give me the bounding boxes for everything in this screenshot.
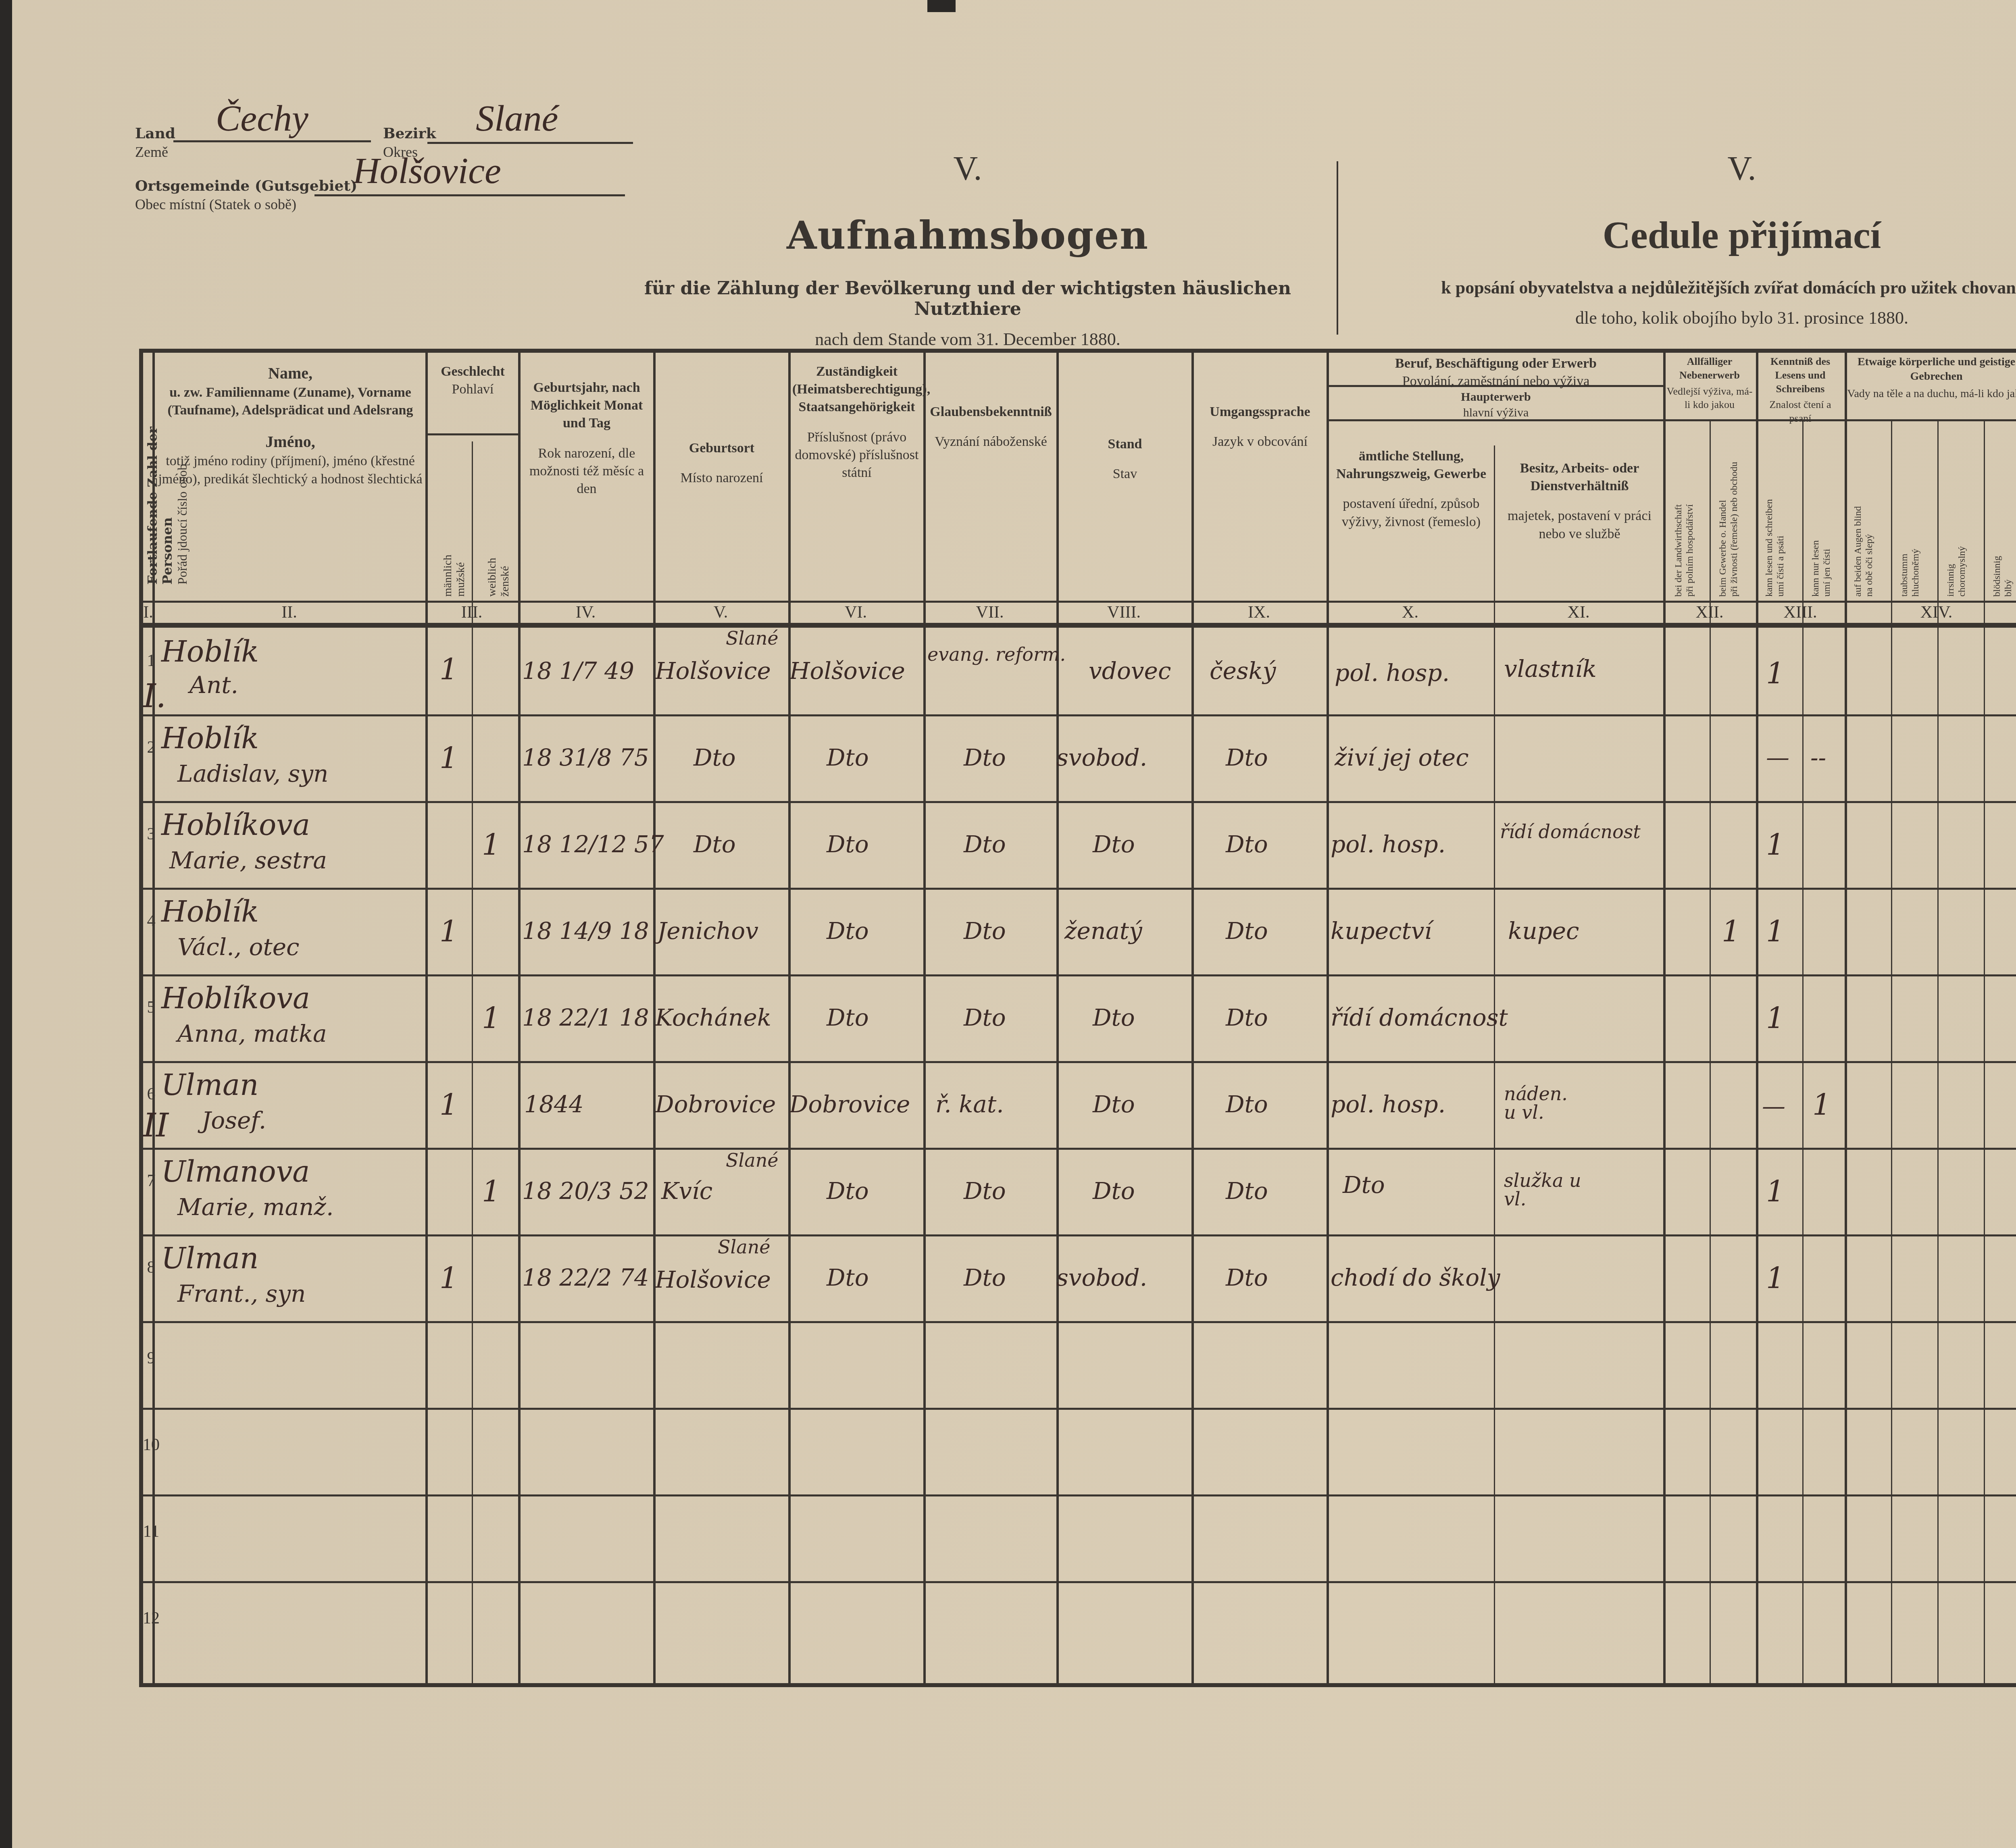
roman-viii: VIII. [1056,603,1191,622]
bezirk-underline [427,142,633,144]
roman-ii: II. [153,603,425,622]
cell-given: Marie, manž. [177,1195,333,1219]
row-divider [139,1408,2016,1410]
cell-male: 1 [439,744,458,773]
title-divider [1337,161,1338,335]
subtitle-de: für die Zählung der Bevölkerung und der … [605,278,1331,319]
cell-birthplace: Holšovice [655,659,771,683]
cell-occupation: Dto [1343,1173,1385,1197]
cell-given: Marie, sestra [169,849,327,872]
cell-read-write: 1 [1766,659,1785,688]
col-iv-header: Geburtsjahr, nach Möglichkeit Monat und … [522,379,651,498]
cell-surname: Hoblík [161,897,259,926]
cell-domicile: Dto [827,746,869,769]
cell-occupation: chodí do školy [1331,1266,1500,1289]
cell-birthplace-note: Slané [726,1151,779,1170]
row-divider [139,1581,2016,1583]
row-number: 4 [139,911,163,930]
col-viii-header: StandStav [1060,435,1189,483]
title-de: Aufnahmsbogen [605,212,1331,258]
cell-female: 1 [482,830,500,859]
cell-birthplace-note: Slané [726,629,779,647]
title-block-de: V. Aufnahmsbogen für die Zählung der Bev… [605,149,1331,350]
cell-language: Dto [1226,1006,1268,1029]
row-number: 10 [139,1435,163,1455]
roman-xiv: XIV. [1845,603,2016,622]
field-ortsgemeinde: Ortsgemeinde (Gutsgebiet) Obec místní (S… [135,177,357,213]
land-label-cz: Země [135,144,175,160]
cell-position: řídí domácnost [1500,822,1661,841]
row-divider [139,1061,2016,1063]
roman-iii: III. [425,603,518,622]
cell-read-only: -- [1810,746,1826,769]
cell-read-write: — [1762,1095,1785,1118]
title-block-cz: V. Cedule přijímací k popsání obyvatelst… [1343,149,2016,328]
col-xiii-header: Kenntniß des Lesens und SchreibensZnalos… [1758,355,1843,425]
cell-read-write: 1 [1766,917,1785,946]
cell-male: 1 [439,917,458,946]
land-underline [173,140,371,142]
row-divider [139,888,2016,890]
cell-language: Dto [1226,1179,1268,1203]
row-number: 3 [139,824,163,844]
cell-born: 18 22/2 74 [522,1266,649,1289]
cell-position: náden. u vl. [1504,1084,1585,1122]
col-subdivider [1494,445,1495,1683]
cell-surname: Ulman [161,1070,258,1099]
cell-given: Anna, matka [177,1022,327,1045]
cell-position: vlastník [1504,657,1597,681]
cell-birthplace: Holšovice [655,1268,771,1291]
cell-occupation: živí jej otec [1335,746,1469,769]
cell-language: český [1210,659,1276,683]
cell-domicile: Dto [827,919,869,943]
roman-x: X. [1327,603,1494,622]
roman-ix: IX. [1191,603,1327,622]
row-divider [139,1234,2016,1236]
col-xiv-sub-imbecile: blödsinnigblbý [1992,427,2014,597]
col-divider [788,353,791,1683]
col-xiii-sub-rw: kann lesen und schreibenumí čísti a psát… [1764,427,1786,597]
roman-xii: XII. [1663,603,1756,622]
col-xiv-sub-blind: auf beiden Augen blindna obě oči slepý [1853,427,1875,597]
cell-read-write: 1 [1766,1264,1785,1293]
col-vii-header: GlaubensbekenntnißVyznání náboženské [927,403,1054,451]
row-divider [139,714,2016,716]
cell-language: Dto [1226,746,1268,769]
roman-iv: IV. [518,603,653,622]
roman-i: I. [143,603,153,622]
row-number: 12 [139,1609,163,1628]
cell-occupation: řídí domácnost [1331,1006,1508,1029]
cell-religion: Dto [964,746,1006,769]
cell-status: Dto [1093,1179,1135,1203]
cell-born: 18 20/3 52 [522,1179,649,1203]
cell-status: vdovec [1089,659,1171,683]
cell-language: Dto [1226,1266,1268,1289]
cell-status: ženatý [1064,919,1142,943]
row-divider [139,974,2016,976]
subtitle-cz: k popsání obyvatelstva a nejdůležitějšíc… [1343,277,2016,298]
cell-language: Dto [1226,919,1268,943]
row-divider [139,801,2016,803]
cell-read-write: 1 [1766,830,1785,859]
cell-occupation: pol. hosp. [1331,832,1445,856]
roman-xiii: XIII. [1756,603,1845,622]
cell-status: Dto [1093,832,1135,856]
cell-domicile: Dto [827,832,869,856]
cell-domicile: Holšovice [789,659,905,683]
cell-birthplace-note: Slané [718,1238,771,1256]
cell-religion: Dto [964,832,1006,856]
cell-female: 1 [482,1177,500,1206]
cell-birthplace: Dto [694,832,736,856]
col-divider [1756,353,1758,1683]
cell-read-write: 1 [1766,1004,1785,1033]
cell-male: 1 [439,655,458,684]
household-mark-ii: II [143,1107,169,1144]
bezirk-value: Slané [476,97,558,139]
col-v-header: GeburtsortMísto narození [657,439,786,487]
col-divider [923,353,926,1683]
cell-side-trade: 1 [1722,917,1740,946]
cell-surname: Hoblíkova [161,984,310,1013]
col-x-xi-group-header: Beruf, Beschäftigung oder Erwerb Povolán… [1331,355,1661,390]
cell-born: 18 12/12 57 [522,832,664,856]
col-divider [518,353,521,1683]
col-ii-header: Name, u. zw. Familienname (Zuname), Vorn… [157,363,423,488]
bezirk-label-de: Bezirk [383,125,436,142]
sheet-fold-gap [927,0,956,12]
col-xiv-header: Etwaige körperliche und geistige Gebrech… [1847,355,2016,401]
hdr-sub-line [425,433,518,435]
cell-surname: Hoblíkova [161,810,310,839]
cell-surname: Hoblík [161,637,259,666]
col-divider [1663,353,1666,1683]
cell-given: Václ., otec [177,935,300,959]
cell-born: 18 1/7 49 [522,659,634,683]
title-roman-cz: V. [1343,149,2016,188]
cell-surname: Ulmanova [161,1157,310,1186]
date-line-de: nach dem Stande vom 31. December 1880. [605,329,1331,350]
row-divider [139,1494,2016,1496]
cell-born: 18 22/1 18 [522,1006,649,1029]
cell-birthplace: Kvíc [661,1179,712,1203]
cell-read-write: — [1766,746,1789,769]
cell-religion: Dto [964,1006,1006,1029]
date-line-cz: dle toho, kolik obojího bylo 31. prosinc… [1343,308,2016,328]
cell-occupation: pol. hosp. [1335,661,1450,685]
row-number: 7 [139,1171,163,1190]
cell-domicile: Dto [827,1179,869,1203]
cell-religion: Dto [964,1179,1006,1203]
ortsgemeinde-label-de: Ortsgemeinde (Gutsgebiet) [135,177,357,194]
col-xii-header: Allfälliger NebenerwerbVedlejší výživa, … [1665,355,1754,412]
row-number: 11 [139,1522,163,1541]
cell-born: 18 14/9 18 [522,919,649,943]
cell-surname: Ulman [161,1244,258,1273]
cell-born: 18 31/8 75 [522,746,649,769]
col-divider [1191,353,1194,1683]
roman-row-bottom [139,623,2016,628]
col-divider [1056,353,1059,1683]
cell-given: Josef. [202,1109,266,1132]
cell-position: služka u vl. [1504,1171,1585,1208]
cell-female: 1 [482,1004,500,1033]
col-divider [1327,353,1329,1683]
ortsgemeinde-label-cz: Obec místní (Statek o sobě) [135,196,357,213]
cell-religion: ř. kat. [935,1093,1004,1116]
col-divider [425,353,428,1683]
col-x-xi-haupterwerb: Haupterwerb hlavní výživa [1331,389,1661,420]
row-number: 5 [139,998,163,1017]
title-roman-de: V. [605,149,1331,188]
cell-read-write: 1 [1766,1177,1785,1206]
row-number: 8 [139,1258,163,1277]
cell-domicile: Dto [827,1006,869,1029]
col-xiii-sub-r: kann nur lesenumí jen čísti [1810,427,1833,597]
col-vi-header: Zuständigkeit (Heimatsberechtigung), Sta… [792,363,921,482]
col-xiv-sub-insane: irrsinnigchoromyslný [1945,427,1968,597]
cell-religion: Dto [964,1266,1006,1289]
scan-background-left [0,0,12,1848]
col-iii-header: Geschlecht Pohlaví [427,363,518,398]
land-value: Čechy [216,97,308,139]
row-number: 6 [139,1084,163,1104]
col-x-header: ämtliche Stellung, Nahrungszweig, Gewerb… [1331,447,1492,531]
cell-language: Dto [1226,832,1268,856]
cell-status: Dto [1093,1093,1135,1116]
col-iii-male: männlichmužské [442,484,467,597]
cell-status: svobod. [1056,746,1147,769]
ortsgemeinde-value: Holšovice [353,149,501,192]
cell-given: Ant. [190,673,238,697]
col-ix-header: UmgangsspracheJazyk v obcování [1195,403,1325,451]
cell-given: Frant., syn [177,1282,306,1305]
col-xii-sub-trade: beim Gewerbe o. Handelpři živnosti (řeme… [1718,427,1740,597]
cell-occupation: pol. hosp. [1331,1093,1445,1116]
col-iii-female: weiblichženské [486,484,512,597]
cell-position: kupec [1508,919,1579,943]
cell-religion: Dto [964,919,1006,943]
row-number: 2 [139,738,163,757]
cell-status: svobod. [1056,1266,1147,1289]
cell-given: Ladislav, syn [177,762,328,785]
cell-read-only: 1 [1812,1090,1831,1120]
cell-born: 1844 [524,1093,584,1116]
cell-status: Dto [1093,1006,1135,1029]
roman-vii: VII. [923,603,1056,622]
household-mark-i: I. [143,677,166,715]
row-number: 9 [139,1349,163,1368]
cell-surname: Hoblík [161,724,259,753]
cell-birthplace: Dobrovice [655,1093,776,1116]
col-divider [1845,353,1847,1683]
cell-birthplace: Dto [694,746,736,769]
row-divider [139,1148,2016,1150]
title-cz: Cedule přijímací [1343,212,2016,257]
cell-occupation: kupectví [1331,919,1432,943]
col-xii-sub-agri: bei der Landwirthschaftpři polním hospod… [1673,427,1695,597]
cell-domicile: Dto [827,1266,869,1289]
row-number: 1 [139,651,163,670]
cell-birthplace: Kochánek [655,1006,771,1029]
cell-male: 1 [439,1090,458,1120]
cell-birthplace: Jenichov [657,919,758,943]
roman-v: V. [653,603,788,622]
col-xiv-sub-deaf: taubstummhluchoněmý [1899,427,1921,597]
ortsgemeinde-underline [314,194,625,196]
cell-language: Dto [1226,1093,1268,1116]
row-divider [139,1321,2016,1323]
cell-male: 1 [439,1264,458,1293]
land-label-de: Land [135,125,175,142]
roman-vi: VI. [788,603,923,622]
cell-religion: evang. reform. [927,645,1066,664]
cell-domicile: Dobrovice [789,1093,910,1116]
col-xi-header: Besitz, Arbeits- oder Dienstverhältnißma… [1498,460,1661,543]
field-land: Land Země Čechy [135,125,175,160]
roman-xi: XI. [1494,603,1663,622]
